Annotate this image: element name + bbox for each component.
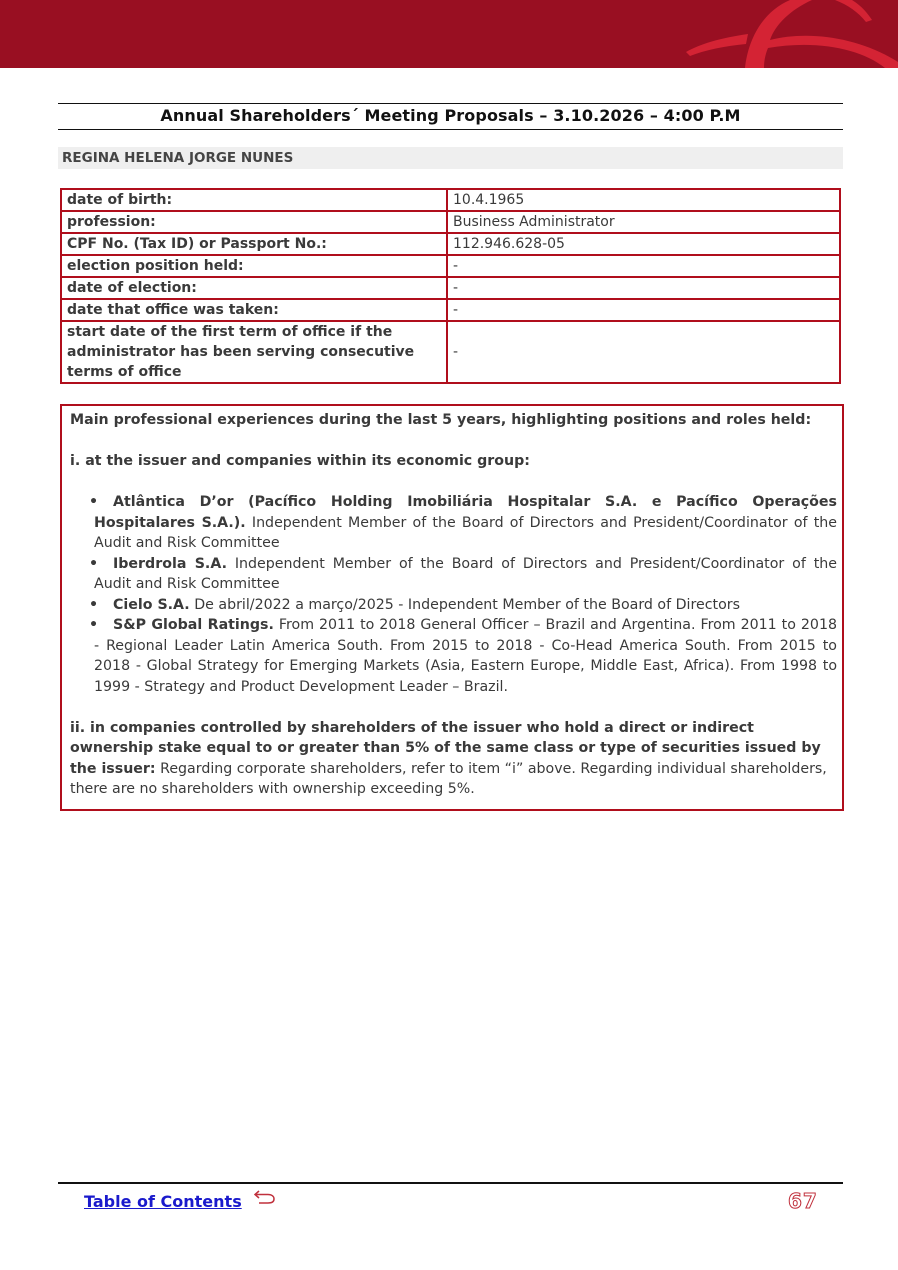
table-row: CPF No. (Tax ID) or Passport No.: 112.94…	[61, 233, 840, 255]
row-label: start date of the first term of office i…	[61, 321, 447, 383]
header-banner	[0, 0, 898, 68]
table-row: start date of the first term of office i…	[61, 321, 840, 383]
table-row: date that office was taken: -	[61, 299, 840, 321]
title-bottom-rule	[58, 129, 843, 130]
row-label: CPF No. (Tax ID) or Passport No.:	[61, 233, 447, 255]
footer-rule	[58, 1182, 843, 1184]
section-ii: ii. in companies controlled by sharehold…	[70, 718, 837, 800]
candidate-info-table: date of birth: 10.4.1965 profession: Bus…	[60, 188, 841, 384]
row-value: -	[447, 321, 840, 383]
page-number: 67	[788, 1189, 818, 1213]
candidate-name: REGINA HELENA JORGE NUNES	[62, 150, 293, 166]
list-item: Iberdrola S.A. Independent Member of the…	[94, 554, 837, 595]
section-i-heading: i. at the issuer and companies within it…	[70, 451, 837, 472]
list-item: Cielo S.A. De abril/2022 a março/2025 - …	[94, 595, 837, 616]
company-name: S&P Global Ratings.	[113, 617, 274, 633]
row-value: 112.946.628-05	[447, 233, 840, 255]
list-item: S&P Global Ratings. From 2011 to 2018 Ge…	[94, 615, 837, 697]
table-row: election position held: -	[61, 255, 840, 277]
table-of-contents-link[interactable]: Table of Contents	[84, 1192, 242, 1211]
company-name: Cielo S.A.	[113, 597, 190, 613]
experience-heading: Main professional experiences during the…	[70, 410, 837, 431]
professional-experience-box: Main professional experiences during the…	[60, 404, 844, 811]
table-row: profession: Business Administrator	[61, 211, 840, 233]
table-row: date of birth: 10.4.1965	[61, 189, 840, 211]
row-label: date of election:	[61, 277, 447, 299]
swoosh-logo-icon	[0, 0, 898, 68]
row-value: -	[447, 299, 840, 321]
return-arrow-icon[interactable]	[254, 1188, 276, 1206]
experience-list: Atlântica D’or (Pacífico Holding Imobili…	[70, 492, 837, 697]
row-value: -	[447, 255, 840, 277]
row-value: -	[447, 277, 840, 299]
row-value: 10.4.1965	[447, 189, 840, 211]
table-row: date of election: -	[61, 277, 840, 299]
company-name: Iberdrola S.A.	[113, 556, 227, 572]
list-item: Atlântica D’or (Pacífico Holding Imobili…	[94, 492, 837, 554]
row-label: date that office was taken:	[61, 299, 447, 321]
row-value: Business Administrator	[447, 211, 840, 233]
section-ii-text: Regarding corporate shareholders, refer …	[70, 761, 827, 798]
candidate-name-bar: REGINA HELENA JORGE NUNES	[58, 147, 843, 169]
document-title: Annual Shareholders´ Meeting Proposals –…	[58, 106, 843, 125]
row-label: election position held:	[61, 255, 447, 277]
row-label: profession:	[61, 211, 447, 233]
row-label: date of birth:	[61, 189, 447, 211]
title-top-rule	[58, 103, 843, 104]
role-text: De abril/2022 a março/2025 - Independent…	[190, 597, 740, 613]
